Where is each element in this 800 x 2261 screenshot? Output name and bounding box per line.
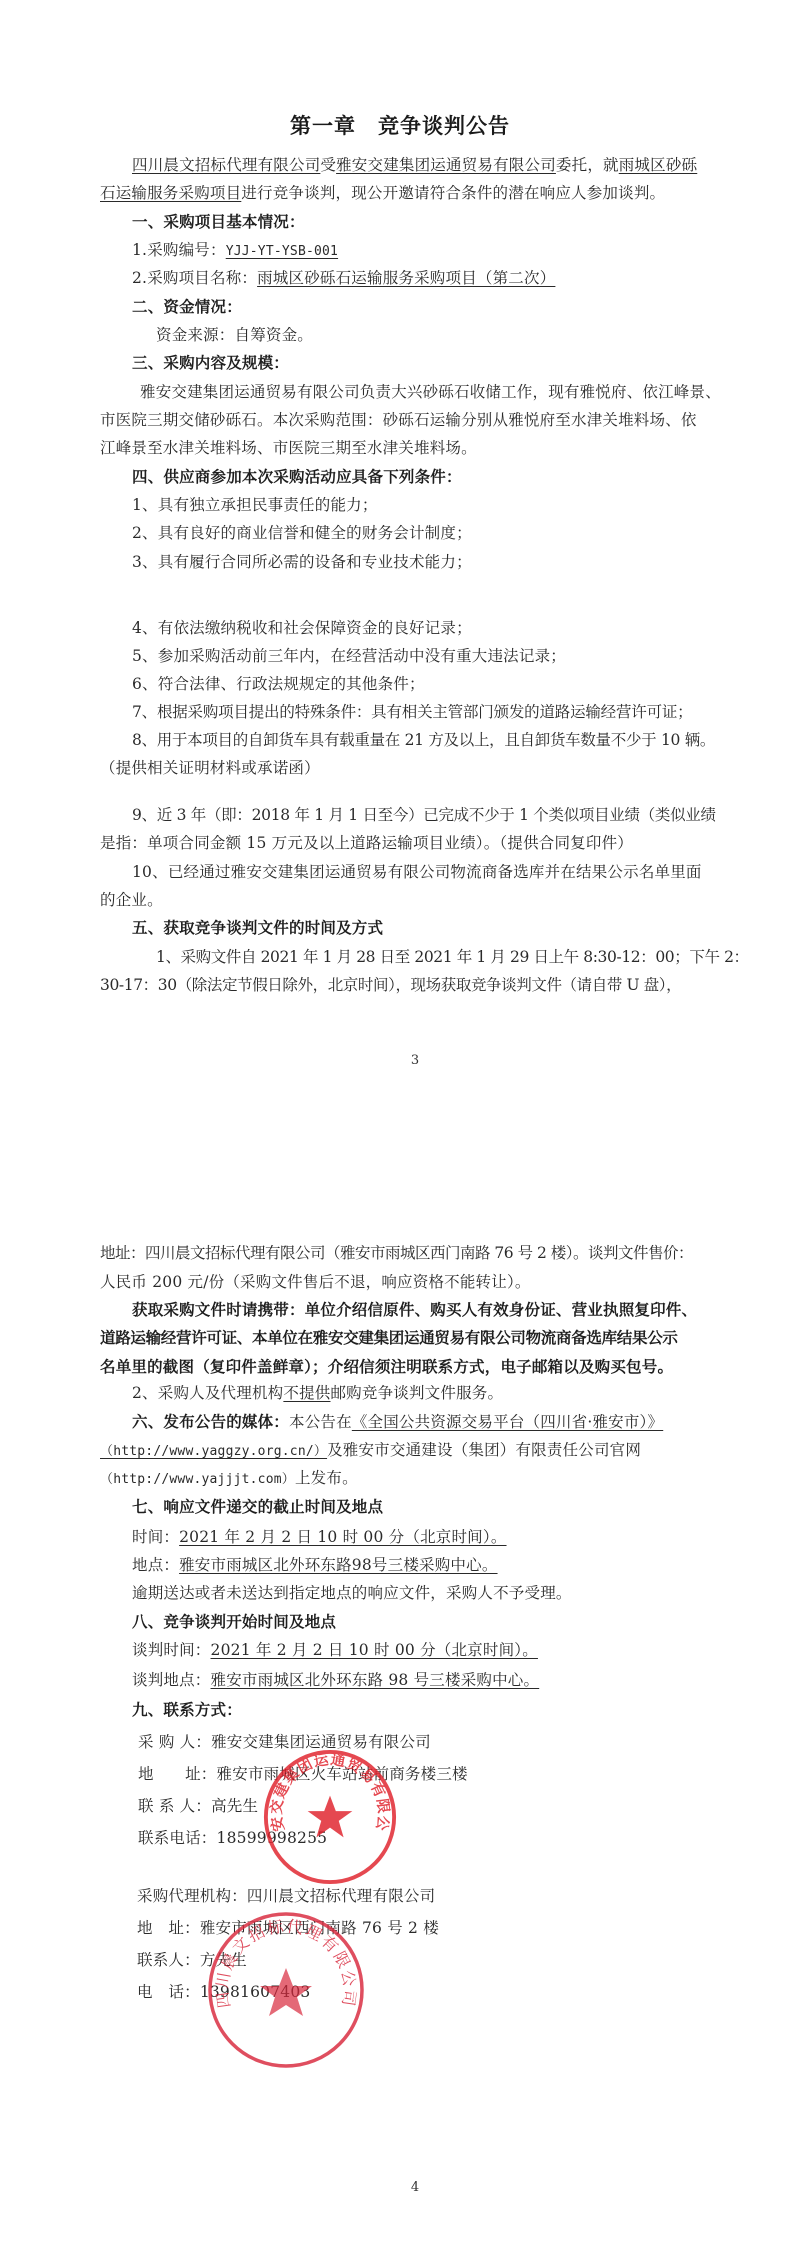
- late-note: 逾期送达或者未送达到指定地点的响应文件，采购人不予受理。: [132, 1583, 572, 1603]
- project-name: 2.采购项目名称：雨城区砂砾石运输服务采购项目（第二次）: [132, 268, 555, 288]
- section-9-heading: 九、联系方式：: [132, 1700, 242, 1720]
- value: 高先生: [211, 1797, 258, 1815]
- media-line-1: 六、发布公告的媒体：本公告在《全国公共资源交易平台（四川省·雅安市）》: [132, 1412, 663, 1432]
- section-7-heading: 七、响应文件递交的截止时间及地点: [132, 1497, 383, 1517]
- section-4-heading: 四、供应商参加本次采购活动应具备下列条件：: [132, 467, 462, 487]
- intro-line-1: 四川晨文招标代理有限公司受雅安交建集团运通贸易有限公司委托，就雨城区砂砾: [132, 155, 697, 175]
- condition-item: 是指：单项合同金额 15 万元及以上道路运输项目业绩）。（提供合同复印件）: [100, 833, 633, 853]
- bring-line-3: 名单里的截图（复印件盖鲜章）；介绍信须注明联系方式，电子邮箱以及购买包号。: [100, 1357, 673, 1377]
- mail-text: 邮购竞争谈判文件服务。: [330, 1384, 503, 1402]
- acquire-line-4: 人民币 200 元/份（采购文件售后不退，响应资格不能转让）。: [100, 1272, 531, 1292]
- scope-line-3: 江峰景至水津关堆料场、市医院三期至水津关堆料场。: [100, 438, 477, 458]
- section-1-heading: 一、采购项目基本情况：: [132, 212, 305, 232]
- project-name-part1: 雨城区砂砾: [619, 156, 698, 174]
- place-label: 地点：: [132, 1556, 179, 1574]
- agent-name: 四川晨文招标代理有限公司: [132, 156, 320, 174]
- intro-text: 受: [320, 156, 336, 174]
- page-4: 地址：四川晨文招标代理有限公司（雅安市雨城区西门南路 76 号 2 楼）。谈判文…: [0, 1150, 800, 2261]
- not-provided: 不提供: [283, 1384, 330, 1402]
- label: 联系电话：: [138, 1829, 217, 1847]
- condition-item: 3、具有履行合同所必需的设备和专业技术能力；: [132, 552, 472, 572]
- page-3: 第一章 竞争谈判公告 四川晨文招标代理有限公司受雅安交建集团运通贸易有限公司委托…: [0, 0, 800, 1150]
- condition-item: 7、根据采购项目提出的特殊条件：具有相关主管部门颁发的道路运输经营许可证；: [132, 702, 692, 722]
- condition-item: 4、有依法缴纳税收和社会保障资金的良好记录；: [132, 618, 472, 638]
- place-label: 谈判地点：: [132, 1671, 211, 1689]
- acquire-line-2: 30-17：30（除法定节假日除外，北京时间），现场获取竞争谈判文件（请自带 U…: [100, 975, 681, 995]
- page-number: 3: [405, 1053, 425, 1068]
- procurement-code: 1.采购编号：YJJ-YT-YSB-001: [132, 240, 338, 262]
- section-6-heading: 六、发布公告的媒体：: [132, 1412, 289, 1431]
- purchaser-seal-stamp-icon: 雅安交建集团运通贸易有限公司: [262, 1747, 398, 1887]
- intro-text: 进行竞争谈判，现公开邀请符合条件的潜在响应人参加谈判。: [241, 184, 665, 202]
- code-label: 1.采购编号：: [132, 241, 226, 259]
- bring-line-2: 道路运输经营许可证、本单位在雅安交建集团运通贸易有限公司物流商备选库结果公示: [100, 1328, 678, 1348]
- deadline-place: 地点：雅安市雨城区北外环东路98号三楼采购中心。: [132, 1555, 498, 1575]
- section-8-heading: 八、竞争谈判开始时间及地点: [132, 1612, 336, 1632]
- label: 地 址：: [138, 1765, 217, 1783]
- mail-order-note: 2、采购人及代理机构不提供邮购竞争谈判文件服务。: [132, 1383, 503, 1403]
- condition-item: 2、具有良好的商业信誉和健全的财务会计制度；: [132, 523, 472, 543]
- media-text: 本公告在: [289, 1413, 352, 1431]
- deadline-time: 时间：2021 年 2 月 2 日 10 时 00 分（北京时间）。: [132, 1527, 507, 1547]
- time-label: 时间：: [132, 1528, 179, 1546]
- condition-item: 1、具有独立承担民事责任的能力；: [132, 495, 378, 515]
- name-label: 2.采购项目名称：: [132, 269, 257, 287]
- condition-item: （提供相关证明材料或承诺函）: [100, 758, 320, 778]
- media-line-3: （http://www.yajjjt.com）上发布。: [100, 1468, 358, 1490]
- section-2-heading: 二、资金情况：: [132, 297, 242, 317]
- acquire-line-3: 地址：四川晨文招标代理有限公司（雅安市雨城区西门南路 76 号 2 楼）。谈判文…: [100, 1243, 693, 1263]
- condition-item: 6、符合法律、行政法规规定的其他条件；: [132, 674, 425, 694]
- condition-item: 的企业。: [100, 890, 163, 910]
- scope-line-2: 市医院三期交储砂砾石。本次采购范围：砂砾石运输分别从雅悦府至水津关堆料场、依: [100, 410, 697, 430]
- place-value: 雅安市雨城区北外环东路 98 号三楼采购中心。: [211, 1671, 540, 1689]
- media-text: 及雅安市交通建设（集团）有限责任公司官网: [327, 1441, 641, 1459]
- condition-item: 5、参加采购活动前三年内，在经营活动中没有重大违法记录；: [132, 646, 566, 666]
- label: 采 购 人：: [138, 1733, 211, 1751]
- purchaser-contact-line: 联 系 人：高先生: [138, 1796, 258, 1816]
- agency-seal-stamp-icon: 四川晨文招标代理有限公司: [206, 1910, 366, 2070]
- place-value: 雅安市雨城区北外环东路98号三楼采购中心。: [179, 1556, 497, 1574]
- page-number: 4: [405, 2180, 425, 2195]
- intro-line-2: 石运输服务采购项目进行竞争谈判，现公开邀请符合条件的潜在响应人参加谈判。: [100, 183, 665, 203]
- project-name-part2: 石运输服务采购项目: [100, 184, 241, 202]
- negotiation-place: 谈判地点：雅安市雨城区北外环东路 98 号三楼采购中心。: [132, 1670, 539, 1690]
- condition-item: 10、已经通过雅安交建集团运通贸易有限公司物流商备选库并在结果公示名单里面: [132, 862, 702, 882]
- time-value: 2021 年 2 月 2 日 10 时 00 分（北京时间）。: [211, 1641, 538, 1659]
- condition-item: 8、用于本项目的自卸货车具有载重量在 21 方及以上，且自卸货车数量不少于 10…: [132, 730, 715, 750]
- code-value: YJJ-YT-YSB-001: [226, 244, 338, 259]
- intro-text: 委托，就: [556, 156, 619, 174]
- section-3-heading: 三、采购内容及规模：: [132, 353, 289, 373]
- value: 四川晨文招标代理有限公司: [247, 1887, 435, 1905]
- acquire-line-1: 1、采购文件自 2021 年 1 月 28 日至 2021 年 1 月 29 日…: [156, 947, 749, 967]
- fund-source: 资金来源：自筹资金。: [156, 325, 313, 345]
- site-url-link[interactable]: （http://www.yajjjt.com）: [100, 1472, 295, 1487]
- label: 电 话：: [137, 1983, 200, 2001]
- label: 采购代理机构：: [137, 1887, 247, 1905]
- label: 联 系 人：: [138, 1797, 211, 1815]
- time-label: 谈判时间：: [132, 1641, 211, 1659]
- purchaser-name: 雅安交建集团运通贸易有限公司: [336, 156, 556, 174]
- chapter-title: 第一章 竞争谈判公告: [0, 110, 800, 140]
- media-line-2: （http://www.yaggzy.org.cn/）及雅安市交通建设（集团）有…: [100, 1440, 641, 1462]
- section-5-heading: 五、获取竞争谈判文件的时间及方式: [132, 918, 383, 938]
- label: 地 址：: [137, 1919, 200, 1937]
- agency-name-line: 采购代理机构：四川晨文招标代理有限公司: [137, 1886, 435, 1906]
- label: 联系人：: [137, 1951, 200, 1969]
- media-text: 上发布。: [295, 1469, 358, 1487]
- condition-item: 9、近 3 年（即：2018 年 1 月 1 日至今）已完成不少于 1 个类似项…: [132, 805, 716, 825]
- name-value: 雨城区砂砾石运输服务采购项目（第二次）: [257, 269, 555, 287]
- mail-text: 2、采购人及代理机构: [132, 1384, 283, 1402]
- bring-line-1: 获取采购文件时请携带：单位介绍信原件、购买人有效身份证、营业执照复印件、: [132, 1300, 697, 1320]
- scope-line-1: 雅安交建集团运通贸易有限公司负责大兴砂砾石收储工作，现有雅悦府、依江峰景、: [140, 382, 721, 402]
- platform-url-link[interactable]: （http://www.yaggzy.org.cn/）: [100, 1444, 327, 1459]
- negotiation-time: 谈判时间：2021 年 2 月 2 日 10 时 00 分（北京时间）。: [132, 1640, 538, 1660]
- time-value: 2021 年 2 月 2 日 10 时 00 分（北京时间）。: [179, 1528, 506, 1546]
- platform-link[interactable]: 《全国公共资源交易平台（四川省·雅安市）》: [352, 1413, 663, 1431]
